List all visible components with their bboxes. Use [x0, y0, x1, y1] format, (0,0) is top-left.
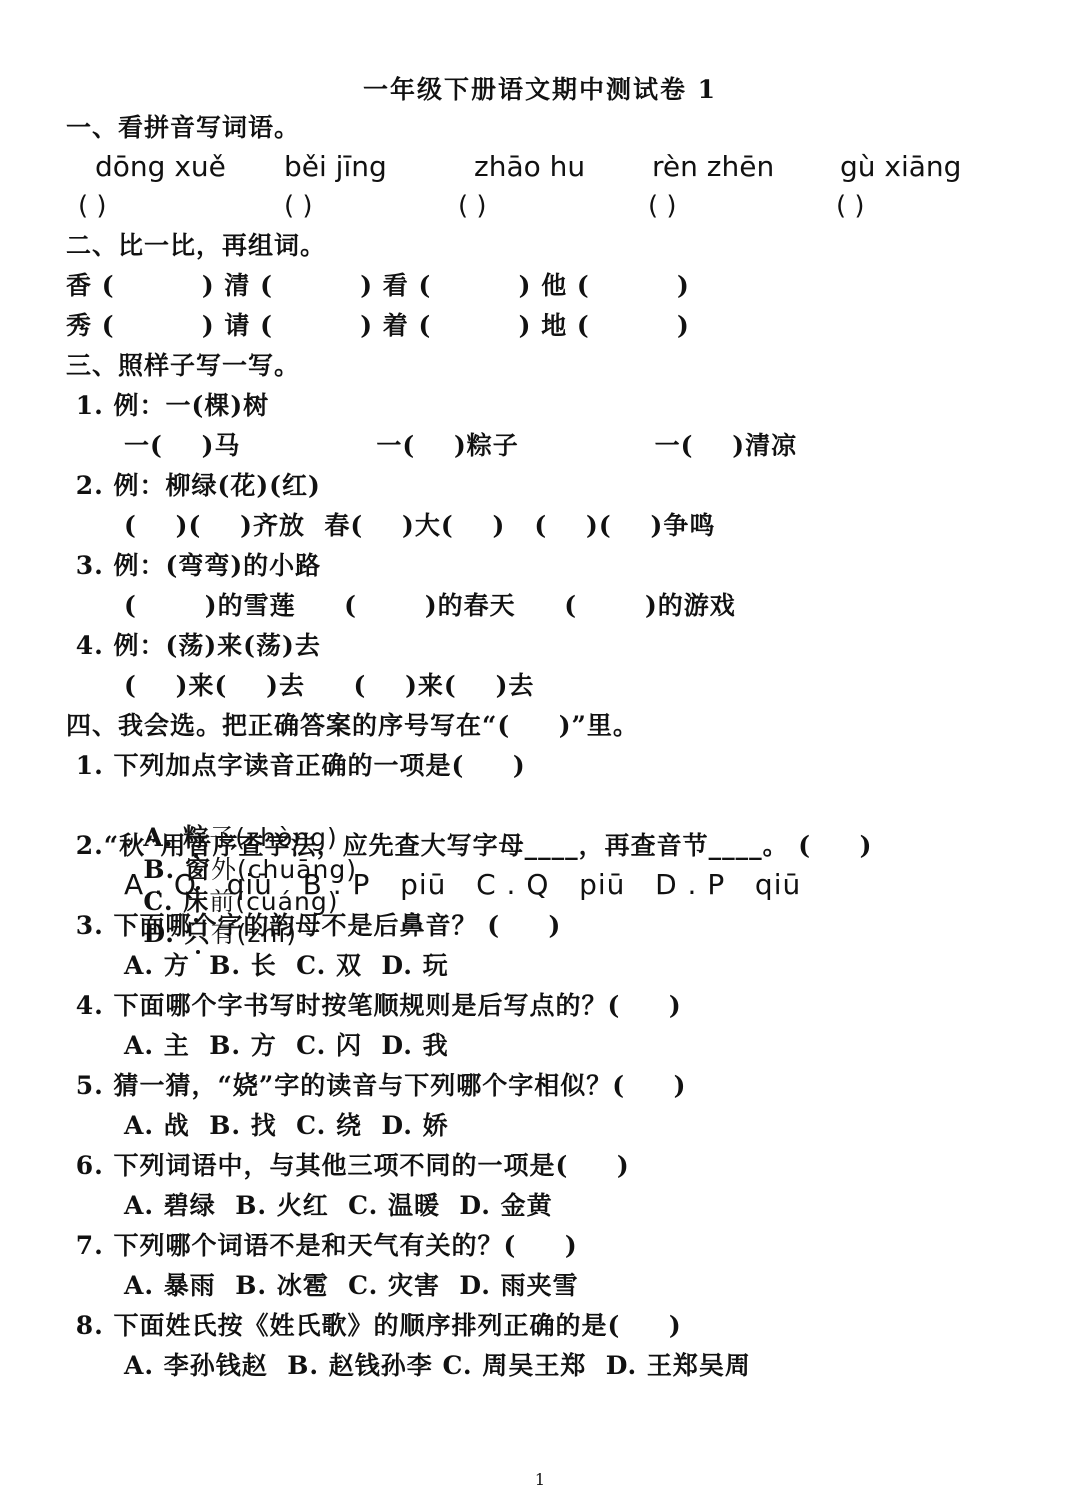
- example-2: 2. 例：柳绿(花)(红): [66, 470, 321, 502]
- answer-blank-5[interactable]: ( ): [836, 190, 865, 222]
- pinyin-3: zhāo hu: [474, 150, 585, 184]
- question-3: 3. 下面哪个字的韵母不是后鼻音？ ( ): [66, 910, 561, 942]
- question-6-options: A. 碧绿 B. 火红 C. 温暖 D. 金黄: [124, 1190, 553, 1222]
- example-4: 4. 例：(荡)来(荡)去: [66, 630, 321, 662]
- question-3-options: A. 方 B. 长 C. 双 D. 玩: [124, 950, 449, 982]
- example-1: 1. 例：一(棵)树: [66, 390, 269, 422]
- page-number: 1: [0, 1470, 1080, 1489]
- pinyin-1: dōng xuě: [95, 150, 226, 184]
- answer-blank-3[interactable]: ( ): [458, 190, 487, 222]
- answer-blank-4[interactable]: ( ): [648, 190, 677, 222]
- question-5: 5. 猜一猜，“娆”字的读音与下列哪个字相似？( ): [66, 1070, 686, 1102]
- compare-row-1: 香 ( ) 清 ( ) 看 ( ) 他 ( ): [66, 270, 690, 302]
- task-1: 一( )马 一( )粽子 一( )清凉: [124, 430, 797, 462]
- section3-heading: 三、照样子写一写。: [66, 350, 300, 382]
- example-3: 3. 例：(弯弯)的小路: [66, 550, 321, 582]
- pinyin-5: gù xiāng: [840, 150, 961, 184]
- question-5-options: A. 战 B. 找 C. 绕 D. 娇: [124, 1110, 449, 1142]
- question-8-options: A. 李孙钱赵 B. 赵钱孙李 C. 周吴王郑 D. 王郑吴周: [124, 1350, 751, 1382]
- task-4: ( )来( )去 ( )来( )去: [124, 670, 534, 702]
- question-8: 8. 下面姓氏按《姓氏歌》的顺序排列正确的是( ): [66, 1310, 682, 1342]
- question-2-options: A . Q qiū B . P piū C . Q piū D . P qiū: [124, 868, 801, 902]
- question-4: 4. 下面哪个字书写时按笔顺规则是后写点的？( ): [66, 990, 682, 1022]
- question-4-options: A. 主 B. 方 C. 闪 D. 我: [124, 1030, 449, 1062]
- answer-blank-2[interactable]: ( ): [284, 190, 313, 222]
- question-7: 7. 下列哪个词语不是和天气有关的？( ): [66, 1230, 578, 1262]
- question-1: 1. 下列加点字读音正确的一项是( ): [66, 750, 526, 782]
- task-2: ( )( )齐放 春( )大( ) ( )( )争鸣: [124, 510, 715, 542]
- pinyin-2: běi jīng: [284, 150, 387, 184]
- answer-blank-1[interactable]: ( ): [78, 190, 107, 222]
- question-7-options: A. 暴雨 B. 冰雹 C. 灾害 D. 雨夹雪: [124, 1270, 579, 1302]
- question-2: 2.“秋”用音序查字法，应先查大写字母____，再查音节____。 ( ): [66, 830, 872, 862]
- section2-heading: 二、比一比，再组词。: [66, 230, 326, 262]
- question-6: 6. 下列词语中，与其他三项不同的一项是( ): [66, 1150, 630, 1182]
- section4-heading: 四、我会选。把正确答案的序号写在“( )”里。: [66, 710, 639, 742]
- page-title: 一年级下册语文期中测试卷 1: [0, 70, 1080, 106]
- compare-row-2: 秀 ( ) 请 ( ) 着 ( ) 地 ( ): [66, 310, 690, 342]
- pinyin-4: rèn zhēn: [652, 150, 774, 184]
- section1-heading: 一、看拼音写词语。: [66, 112, 300, 144]
- task-3: ( )的雪莲 ( )的春天 ( )的游戏: [124, 590, 736, 622]
